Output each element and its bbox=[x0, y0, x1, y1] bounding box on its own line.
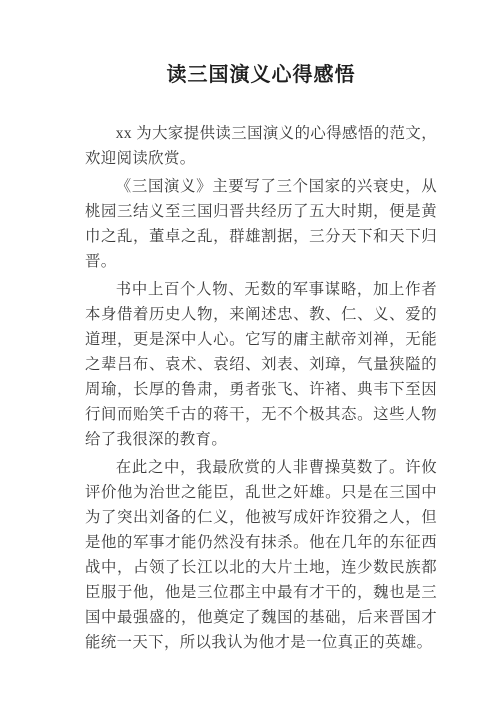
paragraph-caocao: 在此之中，我最欣赏的人非曹操莫数了。许攸评价他为治世之能臣，乱世之奸雄。只是在三… bbox=[85, 455, 437, 655]
paragraph-characters: 书中上百个人物、无数的军事谋略，加上作者本身借着历史人物，来阐述忠、教、仁、义、… bbox=[85, 277, 437, 452]
paragraph-intro: xx 为大家提供读三国演义的心得感悟的范文，欢迎阅读欣赏。 bbox=[85, 121, 437, 171]
paragraph-overview: 《三国演义》主要写了三个国家的兴衰史，从桃园三结义至三国归晋共经历了五大时期，便… bbox=[85, 174, 437, 274]
document-body: xx 为大家提供读三国演义的心得感悟的范文，欢迎阅读欣赏。 《三国演义》主要写了… bbox=[85, 121, 437, 655]
document-page: 读三国演义心得感悟 xx 为大家提供读三国演义的心得感悟的范文，欢迎阅读欣赏。 … bbox=[0, 0, 500, 708]
document-content: 读三国演义心得感悟 xx 为大家提供读三国演义的心得感悟的范文，欢迎阅读欣赏。 … bbox=[85, 58, 437, 658]
document-title: 读三国演义心得感悟 bbox=[85, 58, 437, 87]
